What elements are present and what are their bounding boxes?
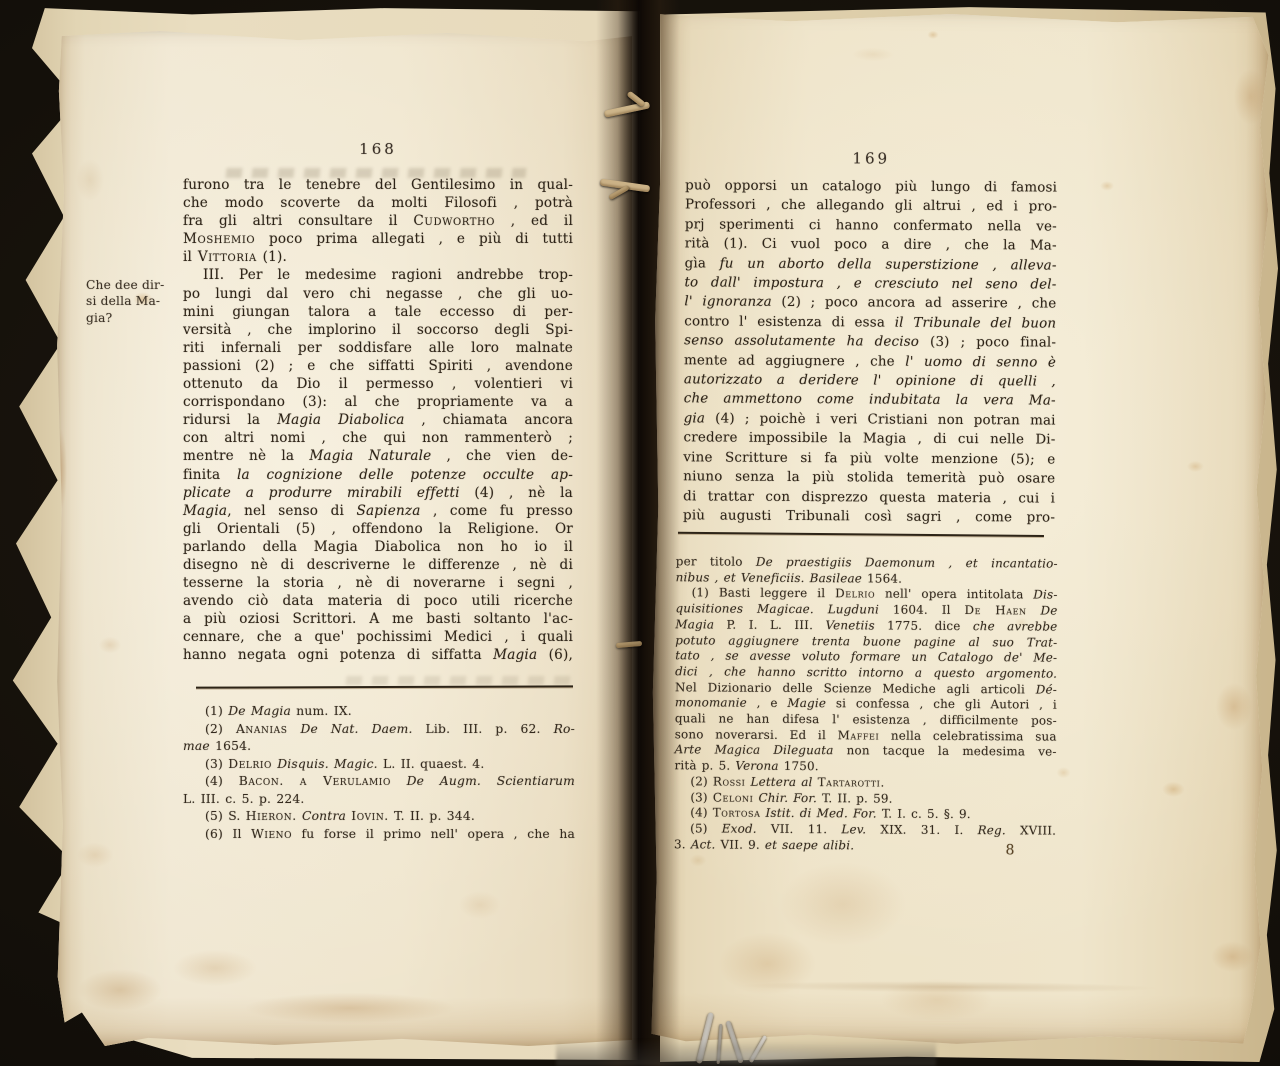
text-line: il Vittoria (1). bbox=[183, 248, 573, 266]
text-line: avendo ciò data materia di poco utili ri… bbox=[183, 592, 573, 610]
book-scan: 168 Che dee dir-si della Ma-gia? furono … bbox=[0, 0, 1280, 1066]
text-line: mentre nè la Magia Naturale , che vien d… bbox=[183, 447, 573, 465]
text-line: cennare, che a que' pochissimi Medici , … bbox=[183, 628, 573, 646]
text-line: (4) Bacon. a Verulamio De Augm. Scientia… bbox=[183, 773, 575, 791]
text-line: III. Per le medesime ragioni andrebbe tr… bbox=[183, 266, 573, 284]
text-line: finita la cognizione delle potenze occul… bbox=[183, 466, 573, 484]
footnote-rule-right bbox=[678, 532, 1044, 537]
text-line: che modo scoverte da molti Filosofi , po… bbox=[183, 194, 573, 212]
text-line: con altri nomi , che qui non rammenterò … bbox=[183, 429, 573, 447]
footnote-rule-left bbox=[196, 685, 573, 688]
text-line: mini giungan talora a tale eccesso di pe… bbox=[183, 303, 573, 321]
text-line: può opporsi un catalogo più lungo di fam… bbox=[685, 176, 1057, 198]
text-line: (6) Il Wieno fu forse il primo nell' ope… bbox=[183, 826, 575, 844]
text-line: Che dee dir- bbox=[86, 277, 188, 293]
text-line: passioni (2) ; e che siffatti Spiriti , … bbox=[183, 357, 573, 375]
text-line: vine Scritture si fa più volte menzione … bbox=[683, 448, 1055, 470]
signature-mark: 8 bbox=[990, 842, 1030, 858]
text-line: Professori , che allegando gli altrui , … bbox=[685, 196, 1057, 218]
text-line: contro l' esistenza di essa il Tribunale… bbox=[684, 312, 1056, 334]
text-line: credere impossibile la Magia , di cui ne… bbox=[683, 429, 1055, 451]
text-line: gia? bbox=[86, 310, 188, 326]
text-line: (1) De Magia num. IX. bbox=[183, 703, 575, 721]
text-line: (5) S. Hieron. Contra Iovin. T. II. p. 3… bbox=[183, 808, 575, 826]
text-line: mente ad aggiugnere , che l' uomo di sen… bbox=[684, 351, 1056, 373]
page-right: 169 può opporsi un catalogo più lungo di… bbox=[649, 10, 1271, 1048]
text-line: più augusti Tribunali così sagri , come … bbox=[683, 506, 1055, 528]
text-line: (2) Ananias De Nat. Daem. Lib. III. p. 6… bbox=[183, 721, 575, 739]
text-line: Moshemio poco prima allegati , e più di … bbox=[183, 230, 573, 248]
text-line: po lungi dal vero chi negasse , che gli … bbox=[183, 285, 573, 303]
text-line: autorizzato a deridere l' opinione di qu… bbox=[684, 370, 1056, 392]
text-line: corrispondano (3): al che propriamente v… bbox=[183, 393, 573, 411]
text-line: plicate a produrre mirabili effetti (4) … bbox=[183, 484, 573, 502]
text-line: versità , che implorino il soccorso degl… bbox=[183, 321, 573, 339]
page-left: 168 Che dee dir-si della Ma-gia? furono … bbox=[56, 30, 632, 1048]
text-line: prj sperimenti ci hanno confermato nella… bbox=[685, 215, 1057, 237]
text-line: gia (4) ; poichè i veri Cristiani non po… bbox=[684, 409, 1056, 431]
book-gutter bbox=[596, 0, 680, 1066]
footnotes-right: per titolo De praestigiis Daemonum , et … bbox=[674, 554, 1058, 855]
text-line: senso assolutamente ha deciso (3) ; poco… bbox=[684, 332, 1056, 354]
text-line: ottenuto da Dio il permesso , volentieri… bbox=[183, 375, 573, 393]
text-line: gli Orientali (5) , offendono la Religio… bbox=[183, 520, 573, 538]
binding-stitch bbox=[604, 96, 664, 126]
text-line: di trattar con disprezzo questa materia … bbox=[683, 487, 1055, 509]
text-line: mae 1654. bbox=[183, 738, 575, 756]
binding-thread bbox=[616, 641, 642, 648]
text-line: disegno nè di descriverne le differenze … bbox=[183, 556, 573, 574]
footnotes-left: (1) De Magia num. IX.(2) Ananias De Nat.… bbox=[183, 703, 575, 843]
show-through-ghost bbox=[346, 676, 577, 685]
text-line: l' ignoranza (2) ; poco ancora ad asseri… bbox=[684, 293, 1056, 315]
binding-stitch bbox=[616, 640, 646, 652]
text-line: tesserne la storia , nè di noverarne i s… bbox=[183, 574, 573, 592]
text-line: rità (1). Ci vuol poco a dire , che la M… bbox=[685, 235, 1057, 257]
margin-note: Che dee dir-si della Ma-gia? bbox=[86, 277, 188, 326]
binding-stitch bbox=[600, 176, 664, 206]
text-line: gìa fu un aborto della superstizione , a… bbox=[685, 254, 1057, 276]
text-line: riti infernali per soddisfare alle loro … bbox=[183, 339, 573, 357]
text-line: fra gli altri consultare il Cudwortho , … bbox=[183, 212, 573, 230]
body-text-right: può opporsi un catalogo più lungo di fam… bbox=[683, 176, 1057, 530]
scanner-smudge bbox=[556, 1040, 936, 1066]
text-line: furono tra le tenebre del Gentilesimo in… bbox=[183, 176, 573, 194]
page-number-left: 168 bbox=[183, 140, 573, 158]
text-line: (3) Delrio Disquis. Magic. L. II. quaest… bbox=[183, 756, 575, 774]
text-line: a più oziosi Scrittori. A me basti solta… bbox=[183, 610, 573, 628]
text-line: hanno negata ogni potenza di siffatta Ma… bbox=[183, 646, 573, 664]
page-number-right: 169 bbox=[685, 148, 1057, 168]
text-line: L. III. c. 5. p. 224. bbox=[183, 791, 575, 809]
text-line: parlando della Magia Diabolica non ho io… bbox=[183, 538, 573, 556]
text-line: Magia, nel senso di Sapienza , come fu p… bbox=[183, 502, 573, 520]
text-line: si della Ma- bbox=[86, 293, 188, 309]
text-line: ridursi la Magia Diabolica , chiamata an… bbox=[183, 411, 573, 429]
text-line: niuno senza la più stolida temerità può … bbox=[683, 467, 1055, 489]
body-text-left: furono tra le tenebre del Gentilesimo in… bbox=[183, 176, 573, 670]
text-line: to dall' impostura , e cresciuto nel sen… bbox=[684, 273, 1056, 295]
text-line: che ammettono come indubitata la vera Ma… bbox=[684, 390, 1056, 412]
